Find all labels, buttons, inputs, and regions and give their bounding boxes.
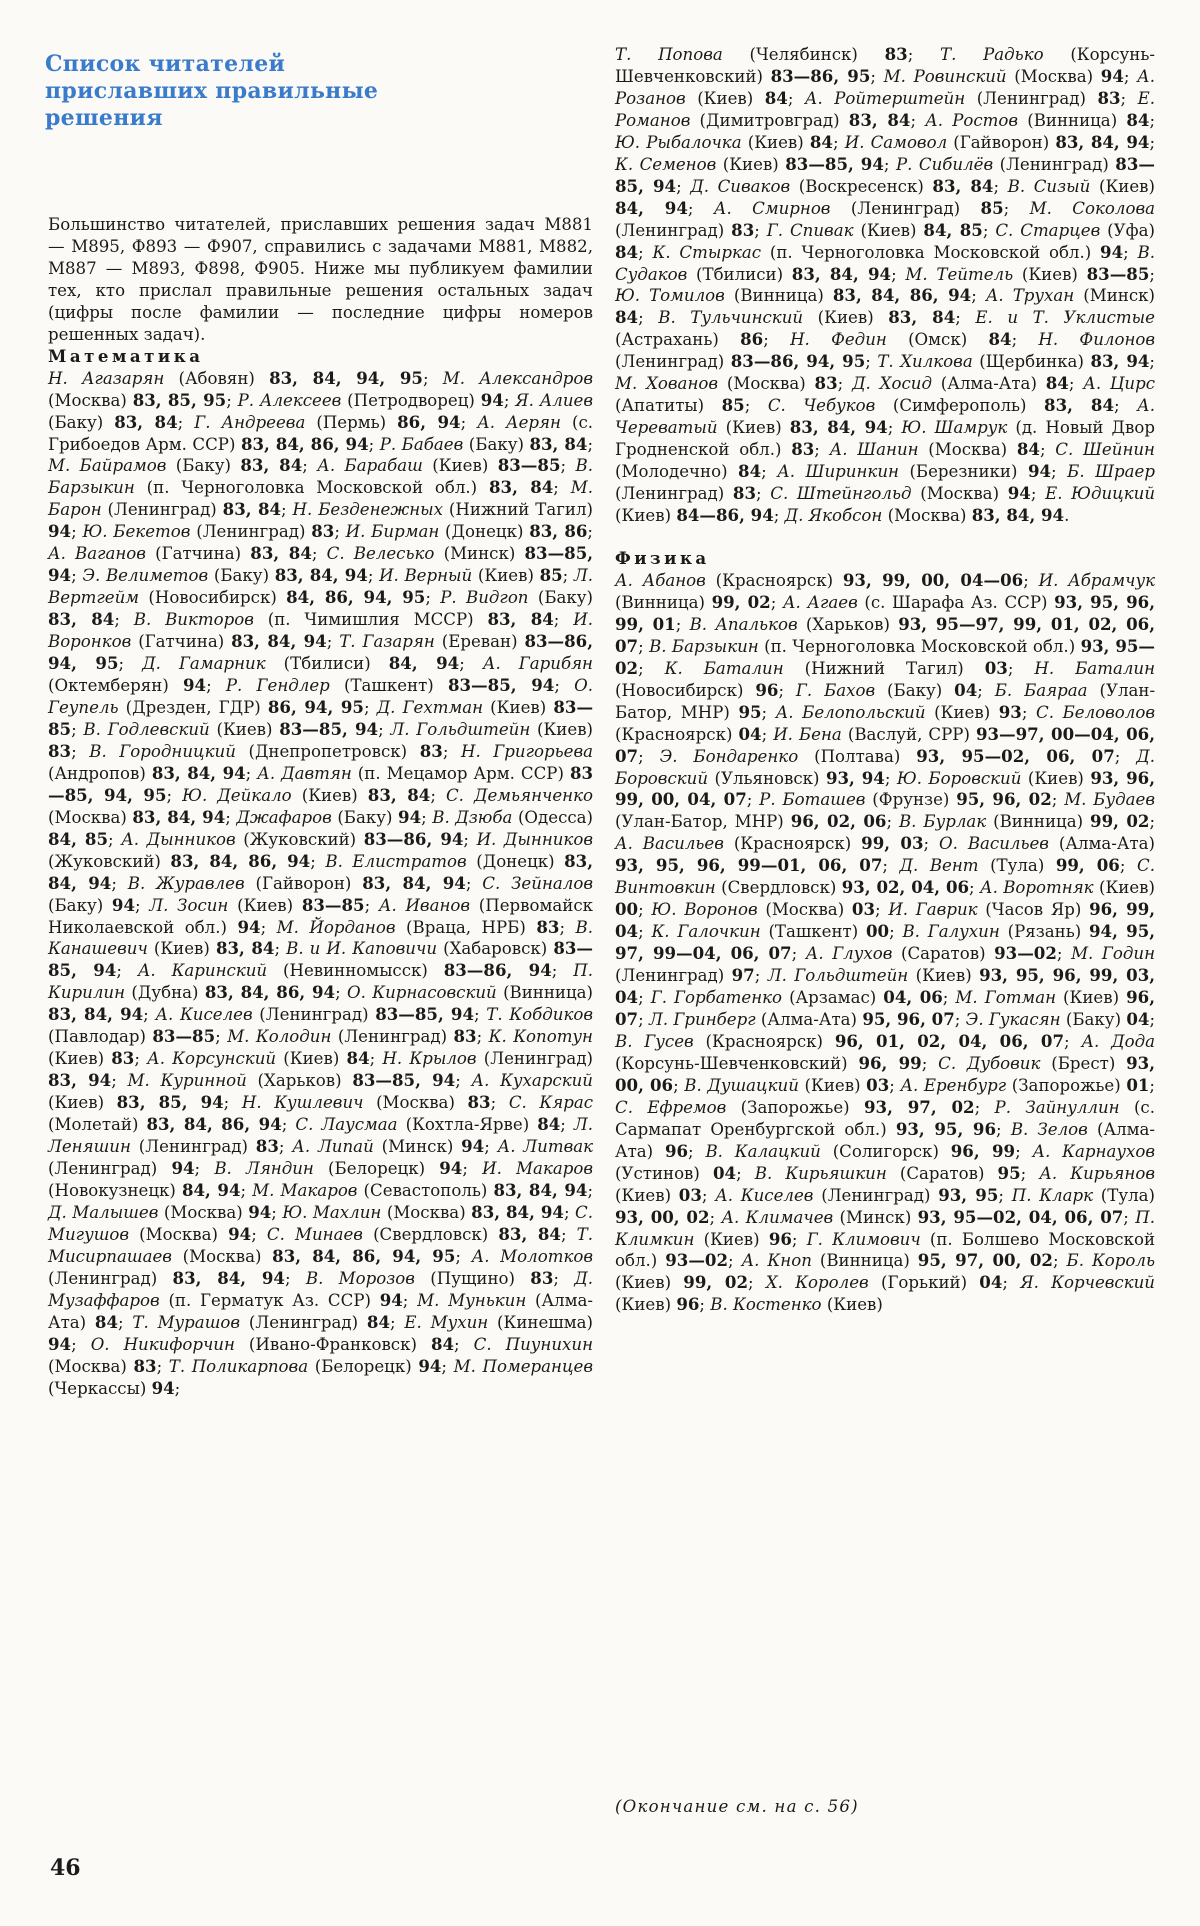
reader-name: В. Морозов [306, 1269, 415, 1288]
list-item: Р. Боташев (Фрунзе) 95, 96, 02; [759, 790, 1064, 809]
solved-problems: 84 [615, 307, 638, 327]
reader-name: М. Годин [1071, 944, 1155, 963]
physics-entries: А. Абанов (Красноярск) 93, 99, 00, 04—06… [615, 570, 1155, 1316]
reader-city: Винница [1034, 111, 1111, 130]
solved-problems: 84, 86, 94, 95 [286, 587, 425, 607]
reader-city: Уфа [1114, 221, 1149, 240]
reader-name: Н. Безденежных [293, 500, 443, 519]
solved-problems: 94 [112, 895, 135, 915]
reader-name: К. Копотун [489, 1027, 593, 1046]
reader-name: Р. Бабаев [380, 435, 464, 454]
solved-problems: 83 [311, 521, 334, 541]
solved-problems: 93, 95, 96 [896, 1119, 996, 1139]
reader-name: А. Барабаш [317, 456, 423, 475]
solved-problems: 83, 85, 94 [117, 1092, 224, 1112]
reader-name: Д. Вент [900, 856, 979, 875]
reader-city: Ленинград [983, 89, 1079, 108]
reader-city: Щербинка [986, 352, 1078, 371]
solved-problems: 84 [988, 329, 1011, 349]
reader-name: М. Мунькин [417, 1291, 526, 1310]
list-item: Д. Малышев (Москва) 94; [48, 1203, 282, 1222]
reader-city: Киев [1105, 878, 1148, 897]
list-item: С. Ефремов (Запорожье) 93, 97, 02; [615, 1098, 995, 1117]
solved-problems: 04 [979, 1272, 1002, 1292]
solved-problems: 94 [1100, 242, 1123, 262]
list-item: Г. Горбатенко (Арзамас) 04, 06; [651, 988, 956, 1007]
reader-city: Белорецк [321, 1357, 405, 1376]
reader-name: Т. Попова [615, 45, 723, 64]
reader-city: Днепропетровск [255, 742, 401, 761]
solved-problems: 94 [1101, 66, 1124, 86]
reader-city: Москва [935, 440, 1001, 459]
list-item: Д. Сиваков (Воскресенск) 83, 84; [690, 177, 1007, 196]
reader-city: Киев [439, 456, 482, 475]
solved-problems: 83 [815, 373, 838, 393]
page-title: Список читателей приславших правильные р… [45, 51, 565, 132]
solved-problems: 83—85 [152, 1026, 215, 1046]
solved-problems: 83—85, 94 [375, 1004, 474, 1024]
reader-city: Киев [484, 566, 527, 585]
reader-name: М. Ровинский [884, 67, 1007, 86]
list-item: Г. Андреева (Пермь) 86, 94; [194, 413, 477, 432]
list-item: Х. Королев (Горький) 04; [766, 1273, 1020, 1292]
reader-name: А. Кноп [742, 1251, 812, 1270]
reader-name: А. Липай [292, 1137, 373, 1156]
solved-problems: 93, 95—02, 06, 07 [916, 746, 1115, 766]
solved-problems: 84, 85 [923, 220, 982, 240]
solved-problems: 83 [454, 1026, 477, 1046]
reader-city: Алма-Ата [1065, 834, 1148, 853]
reader-city: Улан-Батор, МНР [621, 812, 777, 831]
reader-city: Белорецк [335, 1159, 419, 1178]
solved-problems: 94 [481, 390, 504, 410]
reader-city: Ленинград [145, 1137, 241, 1156]
list-item: К. Галочкин (Ташкент) 00; [651, 922, 902, 941]
reader-name: Р. Боташев [759, 790, 865, 809]
reader-city: Ленинград [266, 1005, 362, 1024]
reader-name: А. Глухов [806, 944, 893, 963]
reader-city: Андропов [54, 764, 139, 783]
list-item: И. Самовол (Гайворон) 83, 84, 94; [845, 133, 1155, 152]
reader-city: Ташкент [350, 676, 427, 695]
solved-problems: 96 [676, 1294, 699, 1314]
list-item: С. Минаев (Свердловск) 83, 84; [267, 1225, 577, 1244]
section-heading-physics: Физика [615, 548, 1155, 570]
solved-problems: 96, 99 [858, 1053, 921, 1073]
reader-city: Ленинград [490, 1049, 586, 1068]
solved-problems: 01 [1126, 1075, 1149, 1095]
solved-problems: 95, 96, 02 [956, 789, 1052, 809]
solved-problems: 83, 94 [1090, 351, 1149, 371]
reader-name: И. Самовол [845, 133, 947, 152]
math-entries-continued: Т. Попова (Челябинск) 83; Т. Радько (Кор… [615, 44, 1155, 527]
solved-problems: 83, 84, 94 [972, 505, 1064, 525]
solved-problems: 95 [998, 1163, 1021, 1183]
solved-problems: 83 [133, 1356, 156, 1376]
reader-city: Минск [846, 1208, 905, 1227]
solved-problems: 85 [981, 198, 1004, 218]
list-item: В. Бурлак (Винница) 99, 02; [899, 812, 1155, 831]
reader-name: Джафаров [236, 808, 331, 827]
reader-city: Минск [450, 544, 509, 563]
solved-problems: 83, 84, 94, 95 [269, 368, 423, 388]
list-item: В. Морозов (Пущино) 83; [306, 1269, 574, 1288]
reader-city: Петродворец [354, 391, 469, 410]
solved-problems: 83, 84 [849, 110, 911, 130]
solved-problems: 84, 94 [182, 1180, 241, 1200]
reader-city: Рязань [1014, 922, 1075, 941]
solved-problems: 84 [738, 461, 761, 481]
reader-name: А. Давтян [257, 764, 352, 783]
reader-name: Д. Малышев [48, 1203, 158, 1222]
reader-name: И. Абрамчук [1039, 571, 1155, 590]
reader-name: Р. Видгоп [440, 588, 528, 607]
solved-problems: 93, 95—02, 04, 06, 07 [918, 1207, 1124, 1227]
reader-name: А. Агаев [783, 593, 858, 612]
reader-name: С. Чебуков [768, 396, 875, 415]
list-item: А. Ширинкин (Березники) 94; [777, 462, 1067, 481]
reader-name: А. Ройтерштейн [805, 89, 965, 108]
solved-problems: 83, 94 [48, 1070, 111, 1090]
reader-city: Донецк [483, 852, 548, 871]
reader-name: Т. Газарян [339, 632, 435, 651]
list-item: М. Ровинский (Москва) 94; [884, 67, 1137, 86]
reader-city: Ленинград [621, 966, 717, 985]
solved-problems: 83 [791, 439, 814, 459]
reader-city: Красноярск [712, 1032, 816, 1051]
reader-city: Киев [54, 1049, 97, 1068]
reader-name: Ю. Воронов [651, 900, 757, 919]
list-item: Э. Гукасян (Баку) 04; [966, 1010, 1155, 1029]
list-item: А. Барабаш (Киев) 83—85; [317, 456, 575, 475]
reader-name: В. Годлевский [83, 720, 209, 739]
reader-name: А. Каринский [138, 961, 267, 980]
reader-name: В. Сизый [1008, 177, 1091, 196]
reader-name: О. Кирнасовский [347, 983, 497, 1002]
solved-problems: 83, 84, 86, 94 [241, 434, 369, 454]
reader-city: Часов Яр [992, 900, 1075, 919]
reader-city: с. Шарафа Аз. ССР [871, 593, 1041, 612]
solved-problems: 93, 02, 04, 06 [842, 877, 969, 897]
reader-city: Баку [54, 413, 96, 432]
list-item: Ю. Воронов (Москва) 03; [651, 900, 888, 919]
reader-name: Г. Бахов [796, 681, 875, 700]
list-item: Т. Мурашов (Ленинград) 84; [132, 1313, 404, 1332]
solved-problems: 94 [48, 1334, 71, 1354]
solved-problems: 84 [615, 242, 638, 262]
solved-problems: 94 [171, 1158, 194, 1178]
list-item: А. Шанин (Москва) 84; [830, 440, 1056, 459]
reader-name: Б. Король [1067, 1251, 1156, 1270]
solved-problems: 84 [765, 88, 788, 108]
reader-name: Ю. Боровский [897, 769, 1022, 788]
reader-name: Б. Шраер [1067, 462, 1155, 481]
solved-problems: 83, 84, 94 [231, 631, 327, 651]
reader-city: Киев [290, 1049, 333, 1068]
reader-city: Красноярск [722, 571, 826, 590]
reader-name: А. Цирс [1083, 374, 1155, 393]
reader-city: Киев [704, 89, 747, 108]
reader-city: Киев [729, 155, 772, 174]
reader-name: С. Штейнгольд [770, 484, 911, 503]
solved-problems: 84 [95, 1312, 118, 1332]
reader-city: Харьков [812, 615, 883, 634]
reader-city: Нижний Тагил [455, 500, 586, 519]
reader-city: Винница [621, 593, 698, 612]
reader-city: Новосибирск [621, 681, 736, 700]
reader-name: М. Колодин [227, 1027, 331, 1046]
solved-problems: 84 [810, 132, 833, 152]
list-item: С. Чебуков (Симферополь) 83, 84; [768, 396, 1137, 415]
reader-city: Ереван [448, 632, 511, 651]
solved-problems: 83—85, 94 [785, 154, 884, 174]
reader-name: Н. Федин [790, 330, 887, 349]
solved-problems: 96 [769, 1229, 792, 1249]
list-item: Л. Гринберг (Алма-Ата) 95, 96, 07; [649, 1010, 966, 1029]
reader-name: А. Молотков [472, 1247, 593, 1266]
solved-problems: 86 [740, 329, 763, 349]
solved-problems: 96 [665, 1141, 688, 1161]
list-item: А. Еренбург (Запорожье) 01; [900, 1076, 1155, 1095]
reader-name: Б. Баяраа [995, 681, 1088, 700]
solved-problems: 83—85, 94 [352, 1070, 455, 1090]
reader-city: Киев [1070, 988, 1113, 1007]
reader-city: Винница [1000, 812, 1077, 831]
reader-name: А. Воротняк [980, 878, 1094, 897]
reader-name: А. Васильев [615, 834, 724, 853]
list-item: К. Стыркас (п. Черноголовка Московской о… [653, 243, 1138, 262]
reader-name: Н. Филонов [1038, 330, 1155, 349]
reader-name: В. Викторов [134, 610, 254, 629]
list-item: А. Белопольский (Киев) 93; [776, 703, 1036, 722]
reader-city: Москва [383, 1093, 449, 1112]
solved-problems: 94 [183, 675, 206, 695]
reader-name: С. Ефремов [615, 1098, 726, 1117]
solved-problems: 83, 84, 94 [792, 264, 891, 284]
solved-problems: 94 [1008, 483, 1031, 503]
list-item: В. Викторов (п. Чимишлия МССР) 83, 84; [134, 610, 573, 629]
solved-problems: 84 [367, 1312, 390, 1332]
reader-city: Фрунзе [879, 790, 943, 809]
list-item: Э. Бондаренко (Полтава) 93, 95—02, 06, 0… [660, 747, 1137, 766]
reader-city: Киев [223, 720, 266, 739]
reader-city: Винница [740, 286, 817, 305]
solved-problems: 83—86, 94, 95 [731, 351, 866, 371]
reader-name: В. Тульчинский [658, 308, 803, 327]
reader-name: Р. Сибилёв [896, 155, 993, 174]
reader-city: Гайворон [262, 874, 345, 893]
reader-city: Тбилиси [290, 654, 364, 673]
reader-name: Ю. Шамрук [901, 418, 1007, 437]
reader-city: Молодечно [621, 462, 721, 481]
reader-city: Кинешма [504, 1313, 587, 1332]
reader-city: Донецк [452, 522, 517, 541]
solved-problems: 93, 95, 96, 99—01, 06, 07 [615, 855, 882, 875]
reader-name: А. Абанов [615, 571, 706, 590]
solved-problems: 83, 84 [250, 543, 312, 563]
reader-city: Минск [1090, 286, 1149, 305]
list-item: А. Ростов (Винница) 84; [925, 111, 1155, 130]
list-item: М. Макаров (Севастополь) 83, 84, 94; [252, 1181, 593, 1200]
reader-name: Р. Алексеев [238, 391, 342, 410]
reader-name: И. Гаврик [888, 900, 977, 919]
solved-problems: 83, 86 [529, 521, 587, 541]
list-item: В. Калацкий (Солигорск) 96, 99; [705, 1142, 1032, 1161]
reader-name: Т. Кобдиков [486, 1005, 593, 1024]
reader-city: Свердловск [728, 878, 830, 897]
reader-name: В. Галухин [902, 922, 999, 941]
solved-problems: 04, 06 [883, 987, 943, 1007]
reader-name: А. Шанин [830, 440, 919, 459]
list-item: В. Гусев (Красноярск) 96, 01, 02, 04, 06… [615, 1032, 1081, 1051]
reader-city: Красноярск [740, 834, 844, 853]
reader-name: С. Кярас [509, 1093, 593, 1112]
reader-city: Саратов [906, 1164, 978, 1183]
reader-city: Киев [543, 720, 586, 739]
list-item: В. Городницкий (Днепропетровск) 83; [89, 742, 461, 761]
reader-name: А. Ваганов [48, 544, 146, 563]
list-item: В. Журавлев (Гайворон) 83, 84, 94; [128, 874, 482, 893]
list-item: Э. Велиметов (Баку) 83, 84, 94; [82, 566, 379, 585]
list-item: М. Хованов (Москва) 83; [615, 374, 852, 393]
list-item: К. Семенов (Киев) 83—85, 94; [615, 155, 896, 174]
reader-city: Киев [54, 1093, 97, 1112]
solved-problems: 94 [418, 1356, 441, 1376]
solved-problems: 94 [248, 1202, 271, 1222]
solved-problems: 94 [380, 1290, 403, 1310]
reader-name: В. Гусев [615, 1032, 694, 1051]
reader-city: Свердловск [380, 1225, 482, 1244]
reader-name: Л. Гольдштейн [390, 720, 530, 739]
reader-city: Москва [733, 374, 799, 393]
reader-city: Устинов [621, 1164, 693, 1183]
reader-name: С. Беловолов [1036, 703, 1155, 722]
reader-name: А. Киселев [155, 1005, 252, 1024]
solved-problems: 83—86, 94 [364, 829, 464, 849]
solved-problems: 84 [347, 1048, 370, 1068]
reader-name: Г. Андреева [194, 413, 305, 432]
reader-city: Ленинград [344, 1027, 440, 1046]
reader-city: Пермь [323, 413, 380, 432]
list-item: А. Ройтерштейн (Ленинград) 83; [805, 89, 1138, 108]
reader-name: Э. Бондаренко [660, 747, 799, 766]
reader-city: Баку [544, 588, 586, 607]
section-heading-math: Математика [48, 346, 593, 368]
solved-problems: 93—02 [994, 943, 1057, 963]
reader-city: Киев [811, 1076, 854, 1095]
solved-problems: 83—85 [1087, 264, 1150, 284]
reader-name: М. Куринной [128, 1071, 247, 1090]
list-item: Н. Кушлевич (Москва) 83; [242, 1093, 509, 1112]
reader-name: А. Смирнов [714, 199, 831, 218]
reader-city: Запорожье [1018, 1076, 1114, 1095]
reader-name: С. Шейнин [1055, 440, 1155, 459]
reader-name: С. Пиунихин [474, 1335, 593, 1354]
list-item: М. Тейтель (Киев) 83—85; [905, 265, 1155, 284]
solved-problems: 83, 84 [888, 307, 955, 327]
reader-city: Ленинград [857, 199, 953, 218]
solved-problems: 83, 84 [216, 938, 275, 958]
reader-name: В. Городницкий [89, 742, 236, 761]
reader-name: А. Гарибян [483, 654, 593, 673]
solved-problems: 03 [985, 658, 1008, 678]
solved-problems: 94 [152, 1378, 175, 1398]
list-item: А. Каринский (Невинномысск) 83—86, 94; [138, 961, 573, 980]
reader-city: Киев [1028, 265, 1071, 284]
solved-problems: 85 [722, 395, 745, 415]
reader-name: В. Журавлев [128, 874, 245, 893]
reader-city: Винница [510, 983, 587, 1002]
reader-city: Москва [170, 1203, 236, 1222]
solved-problems: 83—85 [302, 895, 365, 915]
solved-problems: 04 [713, 1163, 736, 1183]
list-item: А. Ваганов (Гатчина) 83, 84; [48, 544, 327, 563]
solved-problems: 04 [954, 680, 977, 700]
solved-problems: 04 [738, 724, 761, 744]
list-item: Д. Якобсон (Москва) 83, 84, 94. [785, 506, 1070, 525]
solved-problems: 83—86, 95 [771, 66, 871, 86]
list-item: М. Куринной (Харьков) 83—85, 94; [128, 1071, 472, 1090]
reader-name: С. Зейналов [482, 874, 593, 893]
reader-city: Москва [54, 808, 120, 827]
solved-problems: 83, 84, 94 [362, 873, 466, 893]
continuation-note: (Окончание см. на с. 56) [615, 1797, 859, 1816]
reader-city: Киев [941, 703, 984, 722]
reader-city: Ивано-Франковск [255, 1335, 410, 1354]
reader-city: Москва [1021, 67, 1087, 86]
reader-city: Нижний Тагил [811, 659, 957, 678]
reader-name: Т. Хилкова [877, 352, 972, 371]
reader-name: Я. Корчевский [1020, 1273, 1155, 1292]
reader-name: М. Байрамов [48, 456, 166, 475]
title-line-2: приславших правильные [45, 78, 378, 104]
reader-city: Киев [621, 1295, 664, 1314]
reader-city: Москва [927, 484, 993, 503]
list-item: В. Годлевский (Киев) 83—85, 94; [83, 720, 390, 739]
reader-city: Челябинск [756, 45, 851, 64]
reader-city: Баку [475, 435, 517, 454]
reader-city: Гайворон [960, 133, 1043, 152]
solved-problems: 96, 02, 06 [791, 811, 887, 831]
reader-name: М. Соколова [1030, 199, 1155, 218]
list-item: В. Костенко (Киев) [710, 1295, 883, 1314]
solved-problems: 84, 94 [615, 198, 688, 218]
solved-problems: 83, 84 [498, 1224, 561, 1244]
list-item: Т. Попова (Челябинск) 83; [615, 45, 940, 64]
solved-problems: 83 [885, 44, 908, 64]
reader-city: Баку [54, 896, 96, 915]
reader-city: Ленинград [1006, 155, 1102, 174]
title-line-3: решения [45, 105, 163, 131]
solved-problems: 83, 84 [529, 434, 587, 454]
list-item: М. Байрамов (Баку) 83, 84; [48, 456, 317, 475]
reader-name: Г. Спивак [767, 221, 854, 240]
reader-name: Н. Кушлевич [242, 1093, 364, 1112]
reader-name: В. Апальков [690, 615, 798, 634]
reader-city: Новокузнецк [54, 1181, 169, 1200]
solved-problems: 84 [1126, 110, 1149, 130]
reader-name: В. Барзыкин [649, 637, 759, 656]
list-item: М. Йорданов (Враца, НРБ) 83; [277, 918, 576, 937]
title-line-1: Список читателей [45, 51, 285, 77]
list-item: А. Кноп (Винница) 95, 97, 00, 02; [742, 1251, 1067, 1270]
solved-problems: 93 [999, 702, 1022, 722]
solved-problems: 83, 84, 86, 94, 95 [272, 1246, 455, 1266]
solved-problems: 83, 84 [932, 176, 993, 196]
solved-problems: 83 [731, 220, 754, 240]
reader-name: М. Йорданов [277, 918, 396, 937]
reader-name: Е. Юдицкий [1045, 484, 1155, 503]
